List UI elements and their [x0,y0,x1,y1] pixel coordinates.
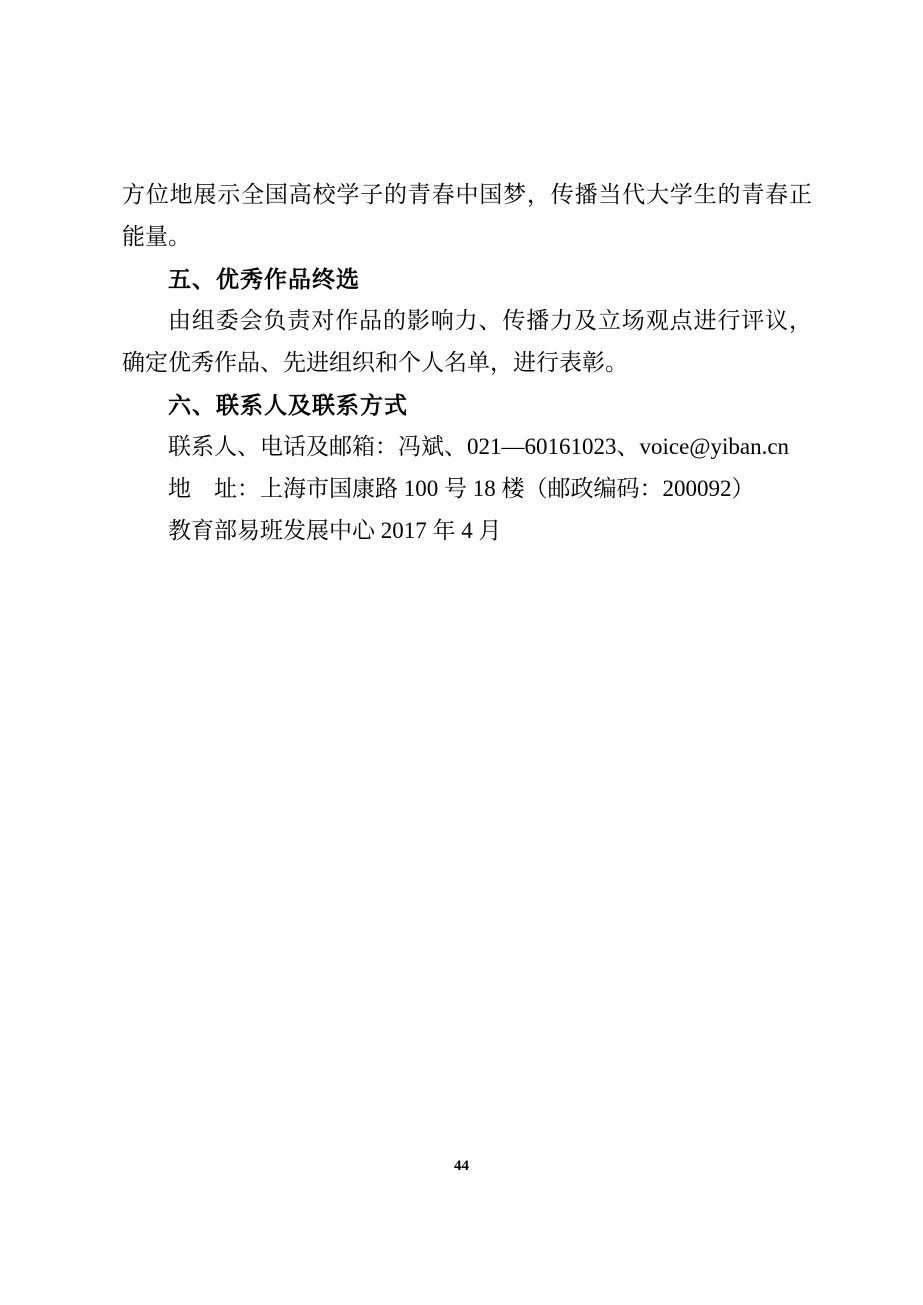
document-page: 方位地展示全国高校学子的青春中国梦，传播当代大学生的青春正能量。五、优秀作品终选… [0,0,923,1305]
paragraph-line: 方位地展示全国高校学子的青春中国梦，传播当代大学生的青春正 [122,174,812,216]
page-number: 44 [0,1158,923,1175]
paragraph-line: 确定优秀作品、先进组织和个人名单，进行表彰。 [122,342,812,384]
paragraph-line: 地 址：上海市国康路 100 号 18 楼（邮政编码：200092） [122,468,812,510]
paragraph-line: 教育部易班发展中心 2017 年 4 月 [122,510,812,552]
section-heading: 五、优秀作品终选 [122,258,812,300]
paragraph-line: 能量。 [122,216,812,258]
paragraph-line: 由组委会负责对作品的影响力、传播力及立场观点进行评议， [122,300,812,342]
document-body: 方位地展示全国高校学子的青春中国梦，传播当代大学生的青春正能量。五、优秀作品终选… [122,174,812,552]
paragraph-line: 联系人、电话及邮箱：冯斌、021—60161023、voice@yiban.cn [122,426,812,468]
section-heading: 六、联系人及联系方式 [122,384,812,426]
